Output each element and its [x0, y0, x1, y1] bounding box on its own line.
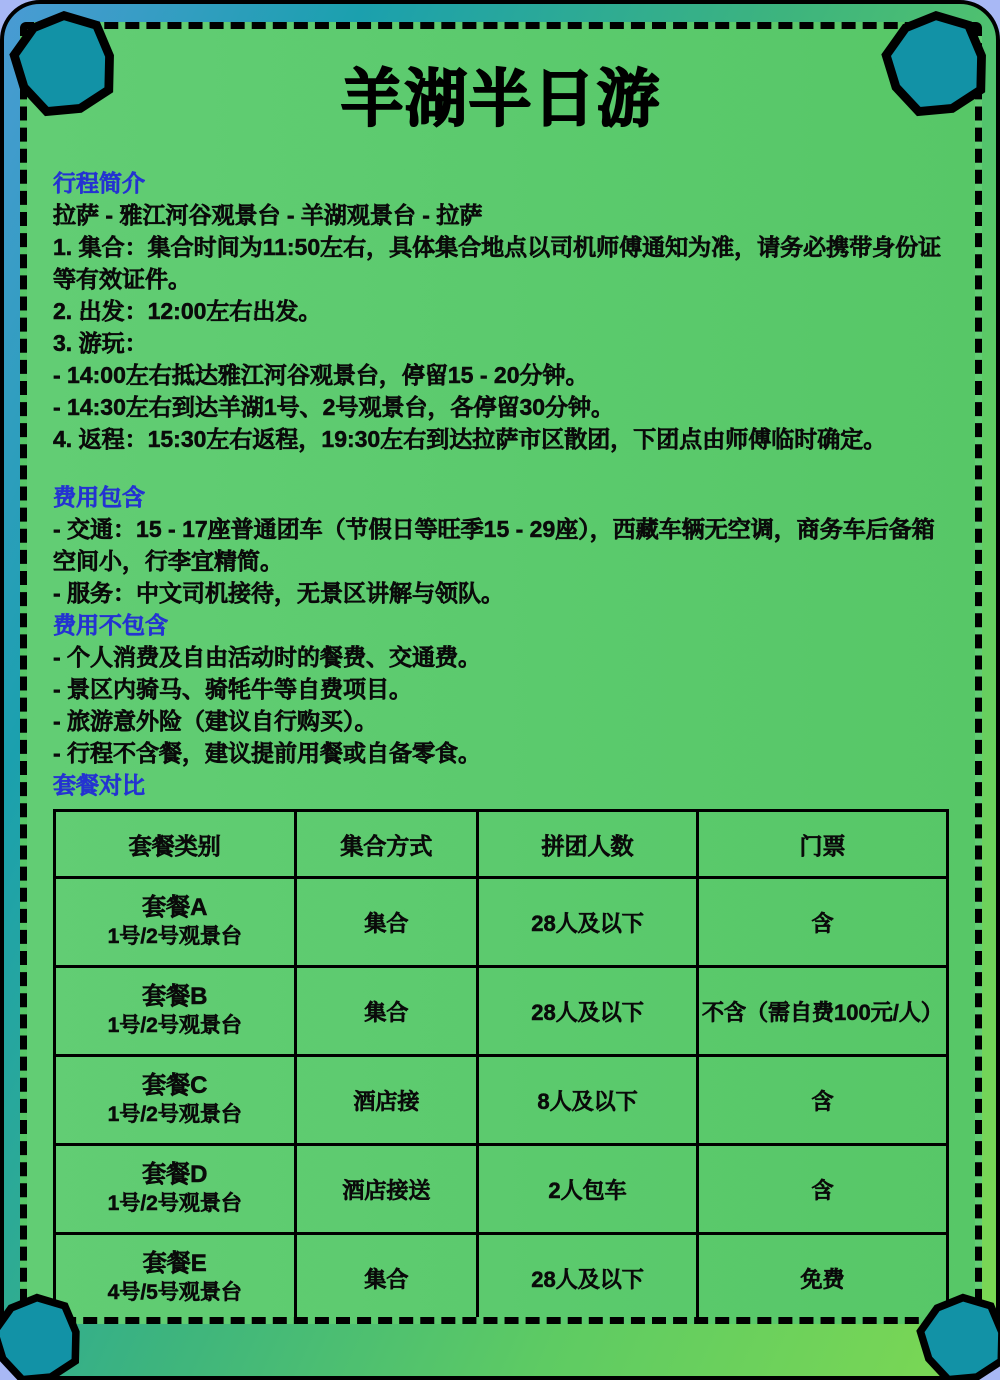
package-name: 套餐D [58, 1160, 292, 1190]
cell-meet-method: 集合 [295, 878, 478, 967]
package-scenic: 1号/2号观景台 [58, 1190, 292, 1218]
cell-group-size: 2人包车 [478, 1145, 698, 1234]
package-scenic: 4号/5号观景台 [58, 1279, 292, 1307]
package-scenic: 1号/2号观景台 [58, 1012, 292, 1040]
cell-meet-method: 集合 [295, 1234, 478, 1318]
cell-group-size: 28人及以下 [478, 1234, 698, 1318]
route-line: 拉萨 - 雅江河谷观景台 - 羊湖观景台 - 拉萨 [53, 199, 949, 231]
corner-gem-icon [916, 1292, 1000, 1380]
cell-ticket: 不含（需自费100元/人） [697, 967, 947, 1056]
cell-package-type: 套餐E 4号/5号观景台 [55, 1234, 296, 1318]
poster-card: 羊湖半日游 行程简介 拉萨 - 雅江河谷观景台 - 羊湖观景台 - 拉萨 1. … [0, 0, 1000, 1380]
content-panel: 羊湖半日游 行程简介 拉萨 - 雅江河谷观景台 - 羊湖观景台 - 拉萨 1. … [20, 22, 982, 1324]
section-heading-included: 费用包含 [53, 481, 949, 513]
package-name: 套餐E [58, 1249, 292, 1279]
itinerary-line: - 14:30左右到达羊湖1号、2号观景台，各停留30分钟。 [53, 391, 949, 423]
table-row: 套餐B 1号/2号观景台 集合 28人及以下 不含（需自费100元/人） [55, 967, 948, 1056]
excluded-line: - 旅游意外险（建议自行购买）。 [53, 705, 949, 737]
corner-gem-icon [881, 9, 991, 119]
cell-group-size: 8人及以下 [478, 1056, 698, 1145]
cell-package-type: 套餐B 1号/2号观景台 [55, 967, 296, 1056]
cell-package-type: 套餐A 1号/2号观景台 [55, 878, 296, 967]
corner-gem-icon [9, 9, 119, 119]
col-header-package-type: 套餐类别 [55, 811, 296, 878]
cell-meet-method: 酒店接 [295, 1056, 478, 1145]
page-title: 羊湖半日游 [53, 69, 949, 131]
cell-ticket: 含 [697, 1056, 947, 1145]
corner-gem-icon [0, 1292, 84, 1380]
col-header-group-size: 拼团人数 [478, 811, 698, 878]
package-name: 套餐B [58, 982, 292, 1012]
cell-package-type: 套餐C 1号/2号观景台 [55, 1056, 296, 1145]
cell-meet-method: 酒店接送 [295, 1145, 478, 1234]
included-line: - 服务：中文司机接待，无景区讲解与领队。 [53, 577, 949, 609]
section-heading-packages: 套餐对比 [53, 769, 949, 801]
itinerary-line: - 14:00左右抵达雅江河谷观景台，停留15 - 20分钟。 [53, 359, 949, 391]
poster-canvas: 羊湖半日游 行程简介 拉萨 - 雅江河谷观景台 - 羊湖观景台 - 拉萨 1. … [0, 0, 1000, 1380]
itinerary-line: 2. 出发：12:00左右出发。 [53, 295, 949, 327]
cell-ticket: 含 [697, 1145, 947, 1234]
package-scenic: 1号/2号观景台 [58, 923, 292, 951]
excluded-line: - 行程不含餐，建议提前用餐或自备零食。 [53, 737, 949, 769]
package-comparison-table: 套餐类别 集合方式 拼团人数 门票 套餐A 1号/2号观景台 集合 [53, 809, 949, 1317]
itinerary-line: 4. 返程：15:30左右返程，19:30左右到达拉萨市区散团，下团点由师傅临时… [53, 423, 949, 455]
content-area: 羊湖半日游 行程简介 拉萨 - 雅江河谷观景台 - 羊湖观景台 - 拉萨 1. … [27, 29, 975, 1317]
col-header-meet-method: 集合方式 [295, 811, 478, 878]
itinerary-line: 1. 集合：集合时间为11:50左右，具体集合地点以司机师傅通知为准，请务必携带… [53, 231, 949, 295]
included-line: - 交通：15 - 17座普通团车（节假日等旺季15 - 29座），西藏车辆无空… [53, 513, 949, 577]
table-row: 套餐C 1号/2号观景台 酒店接 8人及以下 含 [55, 1056, 948, 1145]
cell-meet-method: 集合 [295, 967, 478, 1056]
table-header-row: 套餐类别 集合方式 拼团人数 门票 [55, 811, 948, 878]
table-row: 套餐A 1号/2号观景台 集合 28人及以下 含 [55, 878, 948, 967]
package-name: 套餐A [58, 893, 292, 923]
package-scenic: 1号/2号观景台 [58, 1101, 292, 1129]
section-heading-itinerary: 行程简介 [53, 167, 949, 199]
section-heading-excluded: 费用不包含 [53, 609, 949, 641]
cell-ticket: 含 [697, 878, 947, 967]
table-row: 套餐D 1号/2号观景台 酒店接送 2人包车 含 [55, 1145, 948, 1234]
itinerary-line: 3. 游玩： [53, 327, 949, 359]
cell-group-size: 28人及以下 [478, 967, 698, 1056]
cell-package-type: 套餐D 1号/2号观景台 [55, 1145, 296, 1234]
cell-group-size: 28人及以下 [478, 878, 698, 967]
excluded-line: - 景区内骑马、骑牦牛等自费项目。 [53, 673, 949, 705]
cell-ticket: 免费 [697, 1234, 947, 1318]
col-header-ticket: 门票 [697, 811, 947, 878]
package-name: 套餐C [58, 1071, 292, 1101]
table-row: 套餐E 4号/5号观景台 集合 28人及以下 免费 [55, 1234, 948, 1318]
excluded-line: - 个人消费及自由活动时的餐费、交通费。 [53, 641, 949, 673]
